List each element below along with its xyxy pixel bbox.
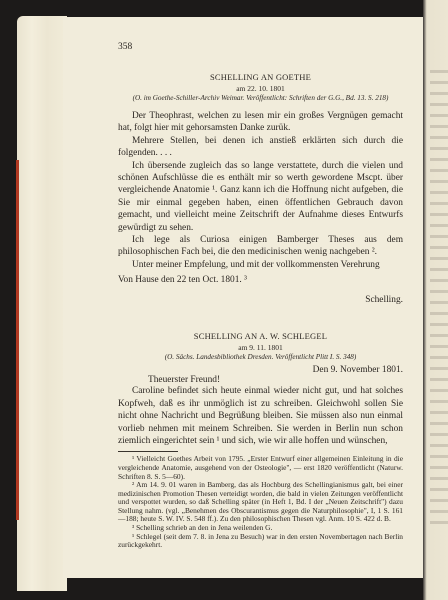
facing-page-text	[430, 70, 448, 530]
letter-title: SCHELLING AN GOETHE	[118, 72, 403, 82]
letter-schlegel: SCHELLING AN A. W. SCHLEGEL am 9. 11. 18…	[118, 331, 403, 447]
footnote: ¹ Vielleicht Goethes Arbeit von 1795. „E…	[118, 455, 403, 481]
page-content: 358 SCHELLING AN GOETHE am 22. 10. 1801 …	[118, 42, 403, 550]
salutation: Theuerster Freund!	[118, 375, 403, 385]
footnote-rule	[118, 451, 178, 452]
footnotes: ¹ Vielleicht Goethes Arbeit von 1795. „E…	[118, 455, 403, 550]
letter-source: (O. Sächs. Landesbibliothek Dresden. Ver…	[118, 353, 403, 361]
signature: Schelling.	[118, 295, 403, 305]
letter-date: am 22. 10. 1801	[118, 84, 403, 93]
footnote: ¹ Schlegel (seit dem 7. 8. in Jena zu Be…	[118, 533, 403, 550]
paragraph: Der Theophrast, welchen zu lesen mir ein…	[118, 110, 403, 135]
letter-dateline: Den 9. November 1801.	[118, 365, 403, 375]
paragraph: Ich übersende zugleich das so lange vers…	[118, 160, 403, 234]
paragraph: Ich lege als Curiosa einigen Bamberger T…	[118, 234, 403, 259]
footnote: ² Am 14. 9. 01 waren in Bamberg, das als…	[118, 481, 403, 524]
letter-source: (O. im Goethe-Schiller-Archiv Weimar. Ve…	[118, 94, 403, 102]
paragraph: Caroline befindet sich heute einmal wied…	[118, 385, 403, 447]
page-number: 358	[118, 42, 403, 52]
paragraph: Mehrere Stellen, bei denen ich anstieß e…	[118, 135, 403, 160]
letter-closing: Von Hause den 22 ten Oct. 1801. ³	[118, 275, 403, 285]
paragraph: Unter meiner Empfelung, und mit der voll…	[118, 259, 403, 271]
letter-date: am 9. 11. 1801	[118, 343, 403, 352]
book-cover-edge	[16, 160, 19, 520]
book-page-edges	[17, 16, 67, 591]
letter-goethe: SCHELLING AN GOETHE am 22. 10. 1801 (O. …	[118, 72, 403, 305]
letter-title: SCHELLING AN A. W. SCHLEGEL	[118, 331, 403, 341]
